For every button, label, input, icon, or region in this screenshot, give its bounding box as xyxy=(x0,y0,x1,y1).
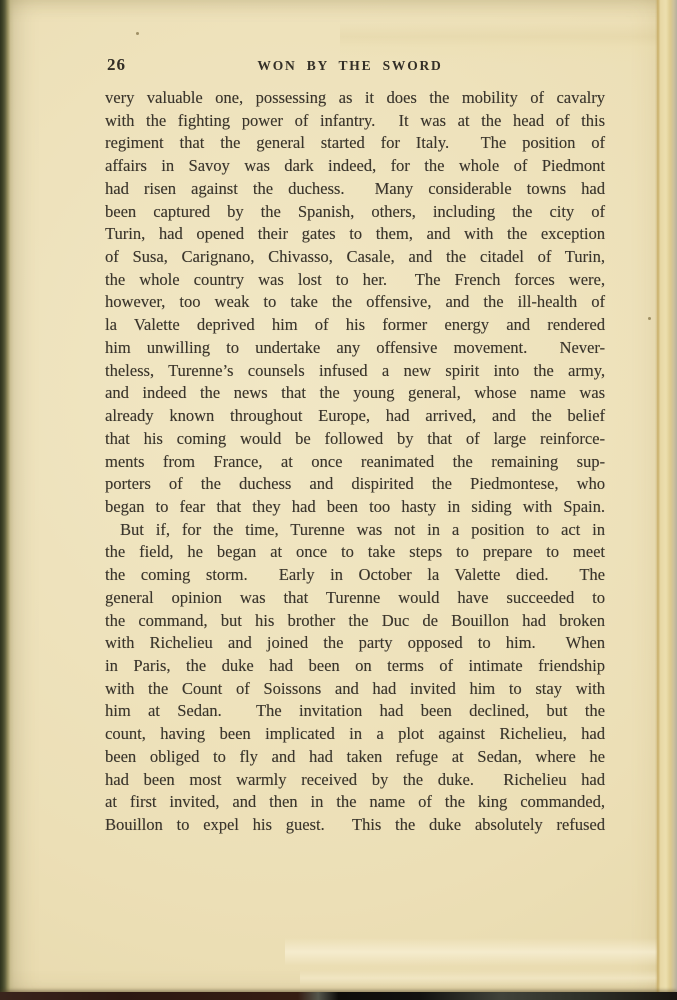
text-line: But if, for the time, Turenne was not in… xyxy=(105,519,605,542)
paper-speck xyxy=(136,32,139,35)
text-line: affairs in Savoy was dark indeed, for th… xyxy=(105,155,605,178)
paragraph: very valuable one, possessing as it does… xyxy=(105,87,605,519)
text-line: Bouillon to expel his guest. This the du… xyxy=(105,814,605,837)
text-line: with the fighting power of infantry. It … xyxy=(105,110,605,133)
text-line: that his coming would be followed by tha… xyxy=(105,428,605,451)
text-line: with Richelieu and joined the party oppo… xyxy=(105,632,605,655)
running-title: WON BY THE SWORD xyxy=(257,58,442,74)
text-line: and indeed the news that the young gener… xyxy=(105,382,605,405)
text-line: the field, he began at once to take step… xyxy=(105,541,605,564)
text-line: Turin, had opened their gates to them, a… xyxy=(105,223,605,246)
text-line: count, having been implicated in a plot … xyxy=(105,723,605,746)
text-line: been obliged to fly and had taken refuge… xyxy=(105,746,605,769)
text-block: very valuable one, possessing as it does… xyxy=(105,87,605,837)
text-line: him at Sedan. The invitation had been de… xyxy=(105,700,605,723)
text-line: at first invited, and then in the name o… xyxy=(105,791,605,814)
text-line: him unwilling to undertake any offensive… xyxy=(105,337,605,360)
book-page-scan: 26 WON BY THE SWORD very valuable one, p… xyxy=(0,0,677,1000)
text-line: been captured by the Spanish, others, in… xyxy=(105,201,605,224)
text-line: la Valette deprived him of his former en… xyxy=(105,314,605,337)
text-line: however, too weak to take the offensive,… xyxy=(105,291,605,314)
text-line: general opinion was that Turenne would h… xyxy=(105,587,605,610)
text-line: theless, Turenne’s counsels infused a ne… xyxy=(105,360,605,383)
text-line: very valuable one, possessing as it does… xyxy=(105,87,605,110)
text-line: the whole country was lost to her. The F… xyxy=(105,269,605,292)
text-line: regiment that the general started for It… xyxy=(105,132,605,155)
book-bottom-edge xyxy=(0,992,677,1000)
text-line: of Susa, Carignano, Chivasso, Casale, an… xyxy=(105,246,605,269)
paper-speck xyxy=(648,317,651,320)
page-stack-edge xyxy=(655,0,677,1000)
text-line: began to fear that they had been too has… xyxy=(105,496,605,519)
text-line: already known throughout Europe, had arr… xyxy=(105,405,605,428)
page-header: 26 WON BY THE SWORD xyxy=(105,55,605,77)
text-line: had risen against the duchess. Many cons… xyxy=(105,178,605,201)
page-number: 26 xyxy=(107,55,126,75)
text-line: the coming storm. Early in October la Va… xyxy=(105,564,605,587)
text-line: in Paris, the duke had been on terms of … xyxy=(105,655,605,678)
text-line: ments from France, at once reanimated th… xyxy=(105,451,605,474)
text-line: porters of the duchess and dispirited th… xyxy=(105,473,605,496)
text-line: the command, but his brother the Duc de … xyxy=(105,610,605,633)
paragraph: But if, for the time, Turenne was not in… xyxy=(105,519,605,837)
text-line: with the Count of Soissons and had invit… xyxy=(105,678,605,701)
binding-edge xyxy=(0,0,14,1000)
text-line: had been most warmly received by the duk… xyxy=(105,769,605,792)
